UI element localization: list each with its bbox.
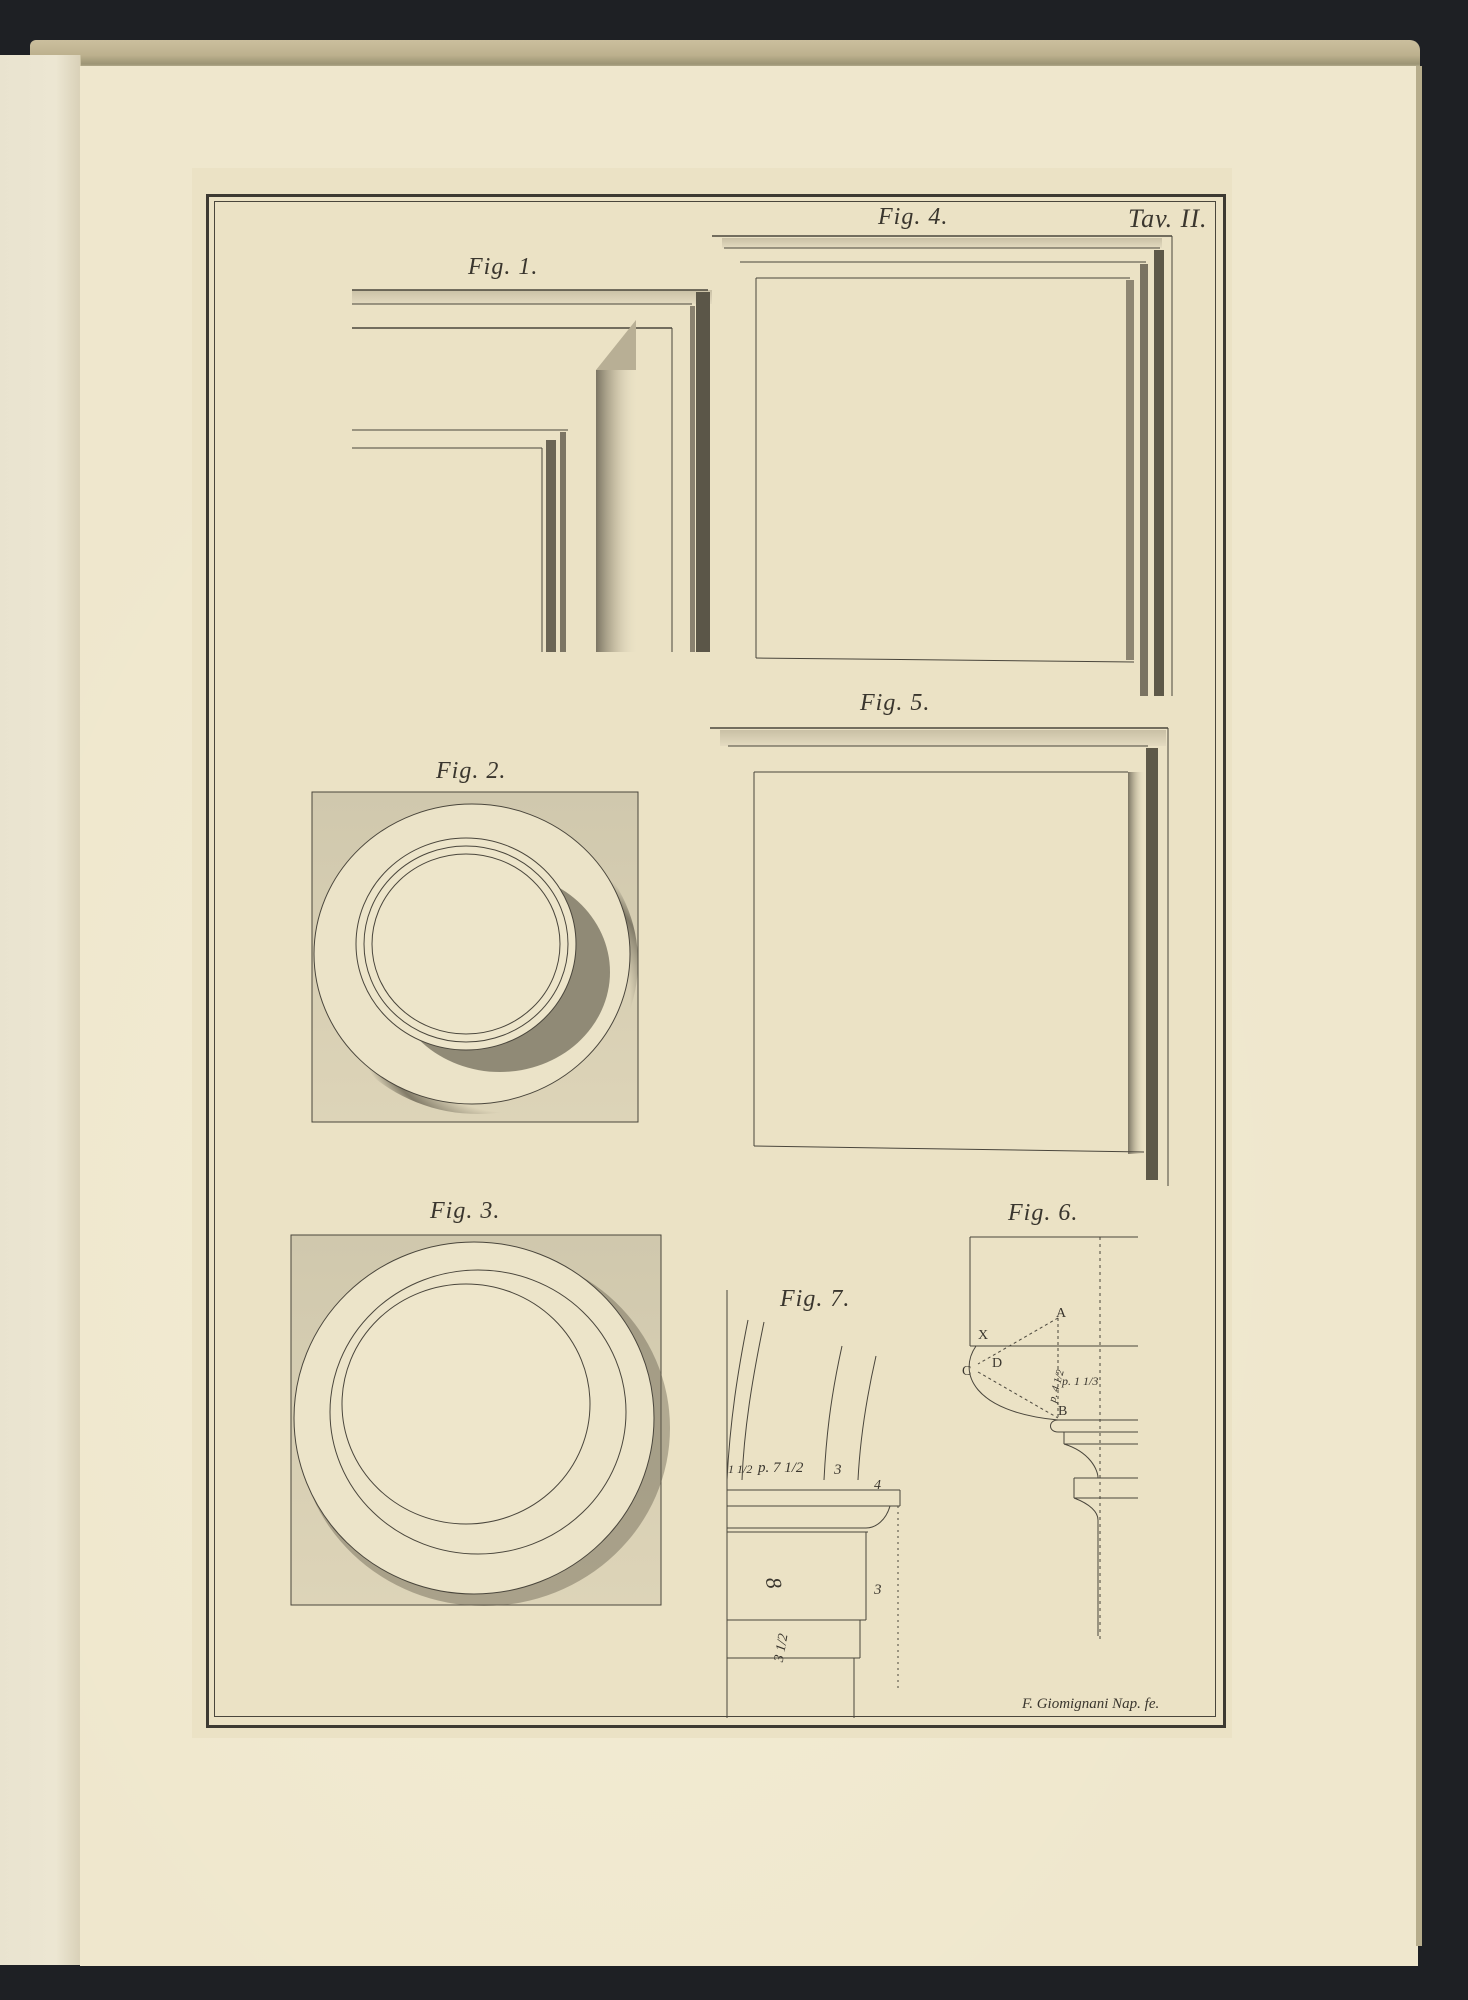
fig2-drawing [312, 792, 638, 1122]
fig5-drawing [710, 728, 1168, 1186]
fig7-drawing [727, 1290, 900, 1718]
fig1-drawing [352, 290, 712, 652]
fig6-drawing [969, 1237, 1138, 1640]
engraving-drawings [0, 0, 1468, 2000]
fig3-drawing [291, 1235, 670, 1606]
fig4-drawing [712, 236, 1172, 696]
